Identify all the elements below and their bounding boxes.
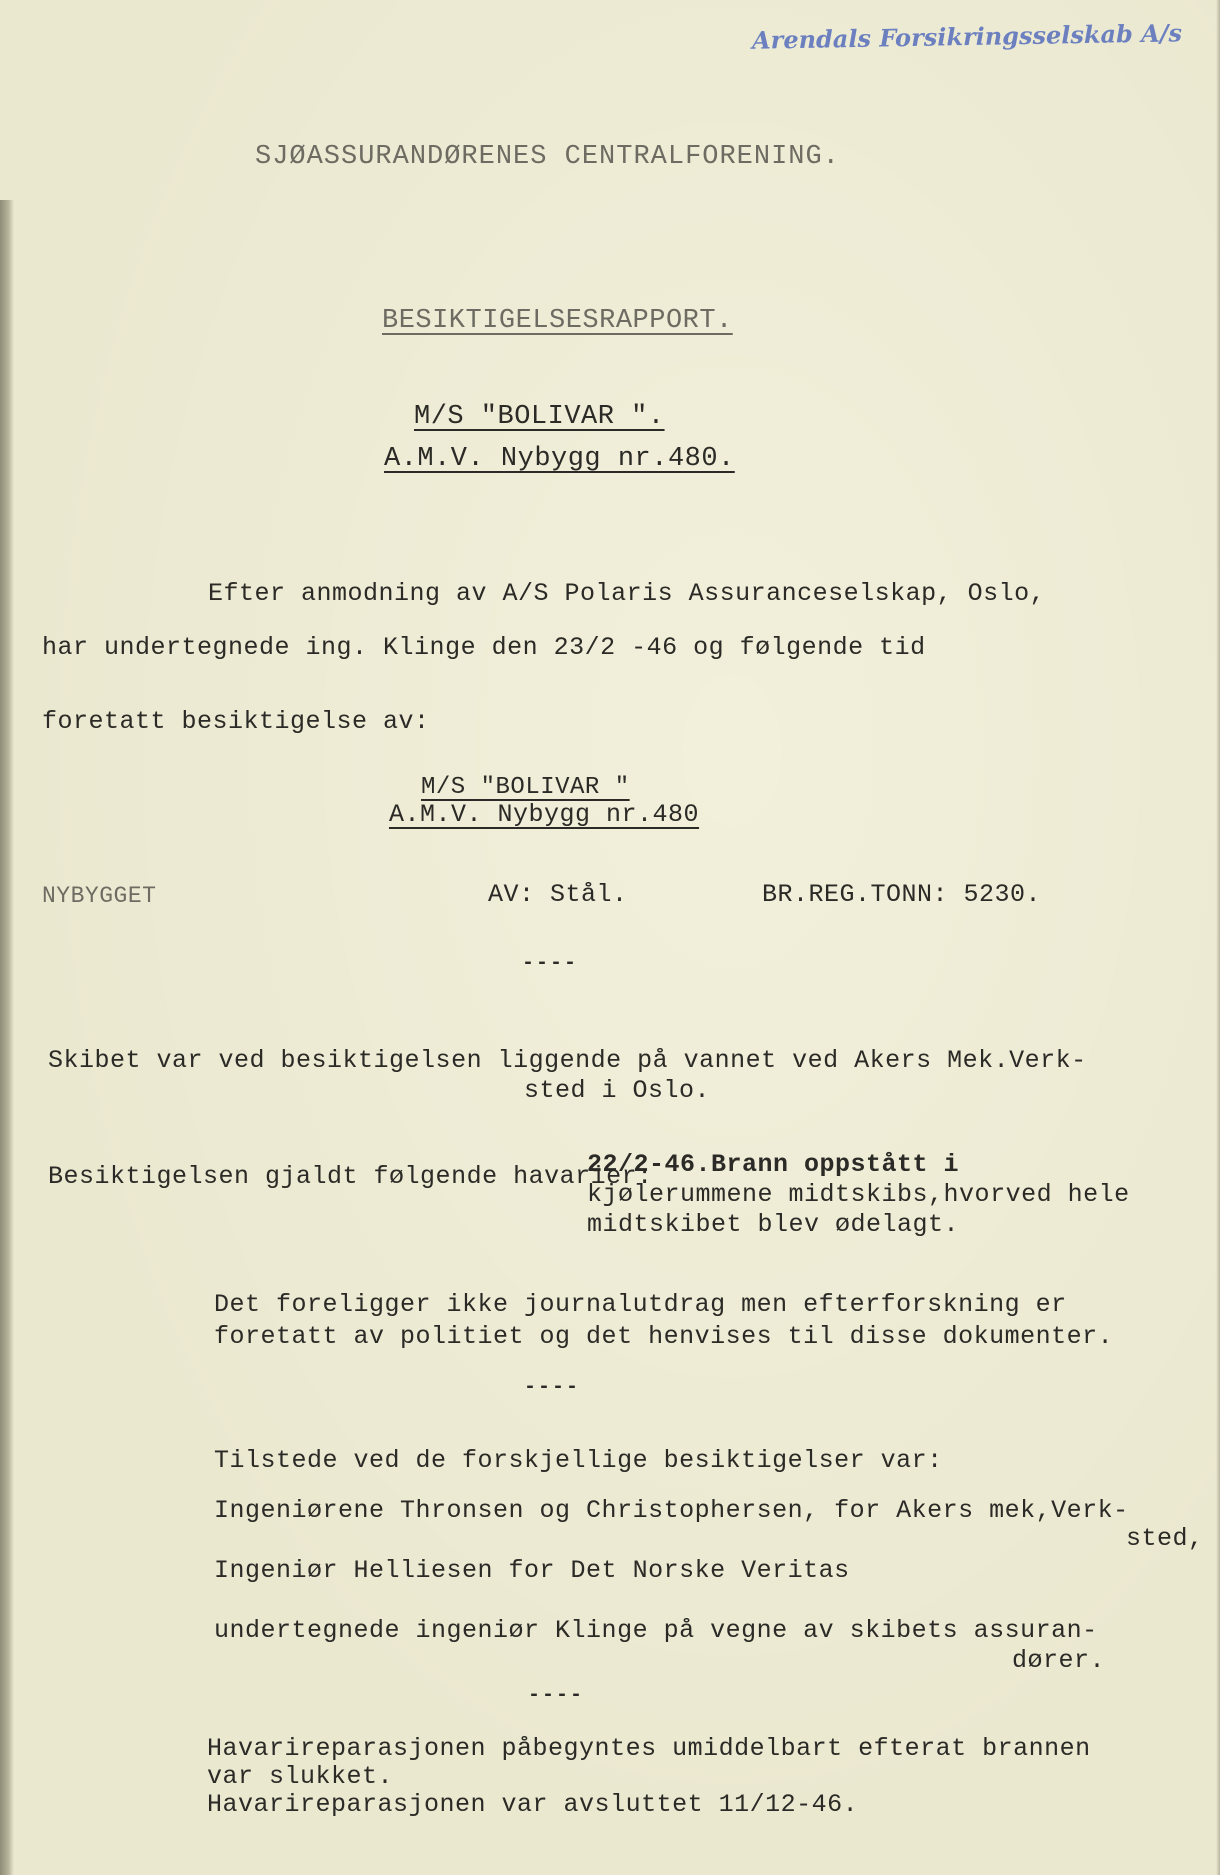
attendee-1-line-2: sted, (1126, 1524, 1204, 1553)
damage-line-2: kjølerummene midtskibs,hvorved hele (587, 1180, 1130, 1209)
vessel-name-heading: M/S "BOLIVAR ". (414, 402, 665, 432)
intro-line-2: har undertegnede ing. Klinge den 23/2 -4… (42, 633, 926, 662)
spec-type: NYBYGGET (42, 883, 156, 909)
attendee-1-line-1: Ingeniørene Thronsen og Christophersen, … (214, 1496, 1129, 1525)
intro-line-3: foretatt besiktigelse av: (42, 707, 430, 736)
location-line-1: Skibet var ved besiktigelsen liggende på… (48, 1046, 1087, 1075)
section-divider: ---- (528, 1684, 584, 1707)
section-divider: ---- (522, 952, 578, 975)
report-title: BESIKTIGELSESRAPPORT. (382, 306, 733, 336)
page-edge (1216, 0, 1220, 1875)
damage-label: Besiktigelsen gjaldt følgende havarier: (48, 1162, 653, 1191)
damage-line-3: midtskibet blev ødelagt. (587, 1210, 959, 1239)
document-page (0, 0, 1220, 1875)
spec-tonnage: BR.REG.TONN: 5230. (762, 880, 1041, 909)
journal-line-1: Det foreligger ikke journalutdrag men ef… (214, 1290, 1067, 1319)
attendees-heading: Tilstede ved de forskjellige besiktigels… (214, 1446, 943, 1475)
subject-newbuild: A.M.V. Nybygg nr.480 (389, 800, 699, 829)
attendee-3-line-1: undertegnede ingeniør Klinge på vegne av… (214, 1616, 1098, 1645)
repair-line-1: Havarireparasjonen påbegyntes umiddelbar… (207, 1734, 1091, 1763)
damage-line-1: 22/2-46.Brann oppstått i (587, 1150, 959, 1179)
attendee-2-line-1: Ingeniør Helliesen for Det Norske Verita… (214, 1556, 850, 1585)
spec-material: AV: Stål. (488, 880, 628, 909)
binding-shadow (0, 200, 14, 1875)
repair-line-2: var slukket. (207, 1762, 393, 1791)
journal-line-2: foretatt av politiet og det henvises til… (214, 1322, 1113, 1351)
subject-vessel: M/S "BOLIVAR " (421, 774, 630, 801)
newbuild-heading: A.M.V. Nybygg nr.480. (384, 444, 735, 474)
intro-line-1: Efter anmodning av A/S Polaris Assurance… (208, 579, 1045, 608)
repair-line-3: Havarireparasjonen var avsluttet 11/12-4… (207, 1790, 858, 1819)
location-line-2: sted i Oslo. (524, 1076, 710, 1105)
section-divider: ---- (524, 1376, 580, 1399)
organization-heading: SJØASSURANDØRENES CENTRALFORENING. (255, 142, 840, 172)
attendee-3-line-2: dører. (1012, 1646, 1105, 1675)
